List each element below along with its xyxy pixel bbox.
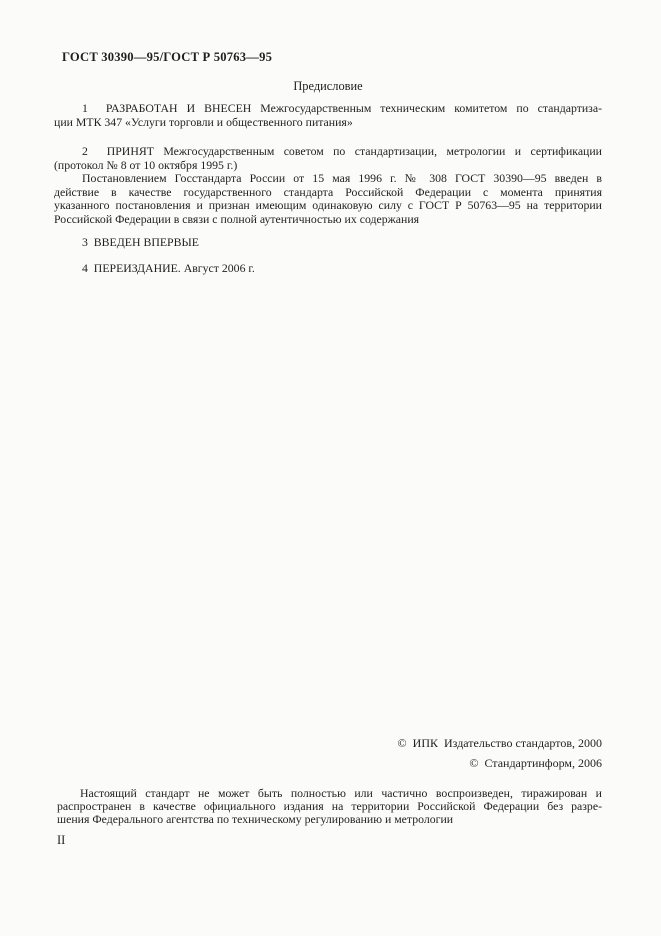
preface-body: 1 РАЗРАБОТАН И ВНЕСЕН Межгосударственным…	[54, 102, 602, 276]
copyright-line: © Стандартинформ, 2006	[54, 753, 602, 773]
page-number: II	[57, 833, 65, 848]
paragraph-line: указанного постановления и признан имеющ…	[54, 199, 602, 213]
paragraph-line: 4 ПЕРЕИЗДАНИЕ. Август 2006 г.	[54, 262, 602, 276]
document-page: ГОСТ 30390—95/ГОСТ Р 50763—95 Предислови…	[0, 0, 661, 936]
paragraph-line: Российской Федерации в связи с полной ау…	[54, 213, 602, 227]
paragraph-line: 1 РАЗРАБОТАН И ВНЕСЕН Межгосударственным…	[54, 102, 602, 116]
paragraph-line: ции МТК 347 «Услуги торговли и обществен…	[54, 116, 602, 130]
paragraph-line: действие в качестве государственного ста…	[54, 186, 602, 200]
paragraph-developed: 1 РАЗРАБОТАН И ВНЕСЕН Межгосударственным…	[54, 102, 602, 129]
paragraph-line: (протокол № 8 от 10 октября 1995 г.)	[54, 159, 602, 173]
preface-title: Предисловие	[54, 79, 602, 94]
paragraph-line: 2 ПРИНЯТ Межгосударственным советом по с…	[54, 145, 602, 159]
paragraph-accepted: 2 ПРИНЯТ Межгосударственным советом по с…	[54, 145, 602, 172]
paragraph-line: Постановлением Госстандарта России от 15…	[54, 172, 602, 186]
copyright-block: © ИПК Издательство стандартов, 2000 © Ст…	[54, 733, 602, 773]
paragraph-decree: Постановлением Госстандарта России от 15…	[54, 172, 602, 226]
document-code: ГОСТ 30390—95/ГОСТ Р 50763—95	[62, 50, 272, 65]
copyright-line: © ИПК Издательство стандартов, 2000	[54, 733, 602, 753]
paragraph-reissue: 4 ПЕРЕИЗДАНИЕ. Август 2006 г.	[54, 262, 602, 276]
paragraph-introduced: 3 ВВЕДЕН ВПЕРВЫЕ	[54, 236, 602, 250]
paragraph-line: шения Федерального агентства по техничес…	[57, 813, 602, 826]
restriction-note: Настоящий стандарт не может быть полност…	[57, 787, 602, 827]
paragraph-line: 3 ВВЕДЕН ВПЕРВЫЕ	[54, 236, 602, 250]
